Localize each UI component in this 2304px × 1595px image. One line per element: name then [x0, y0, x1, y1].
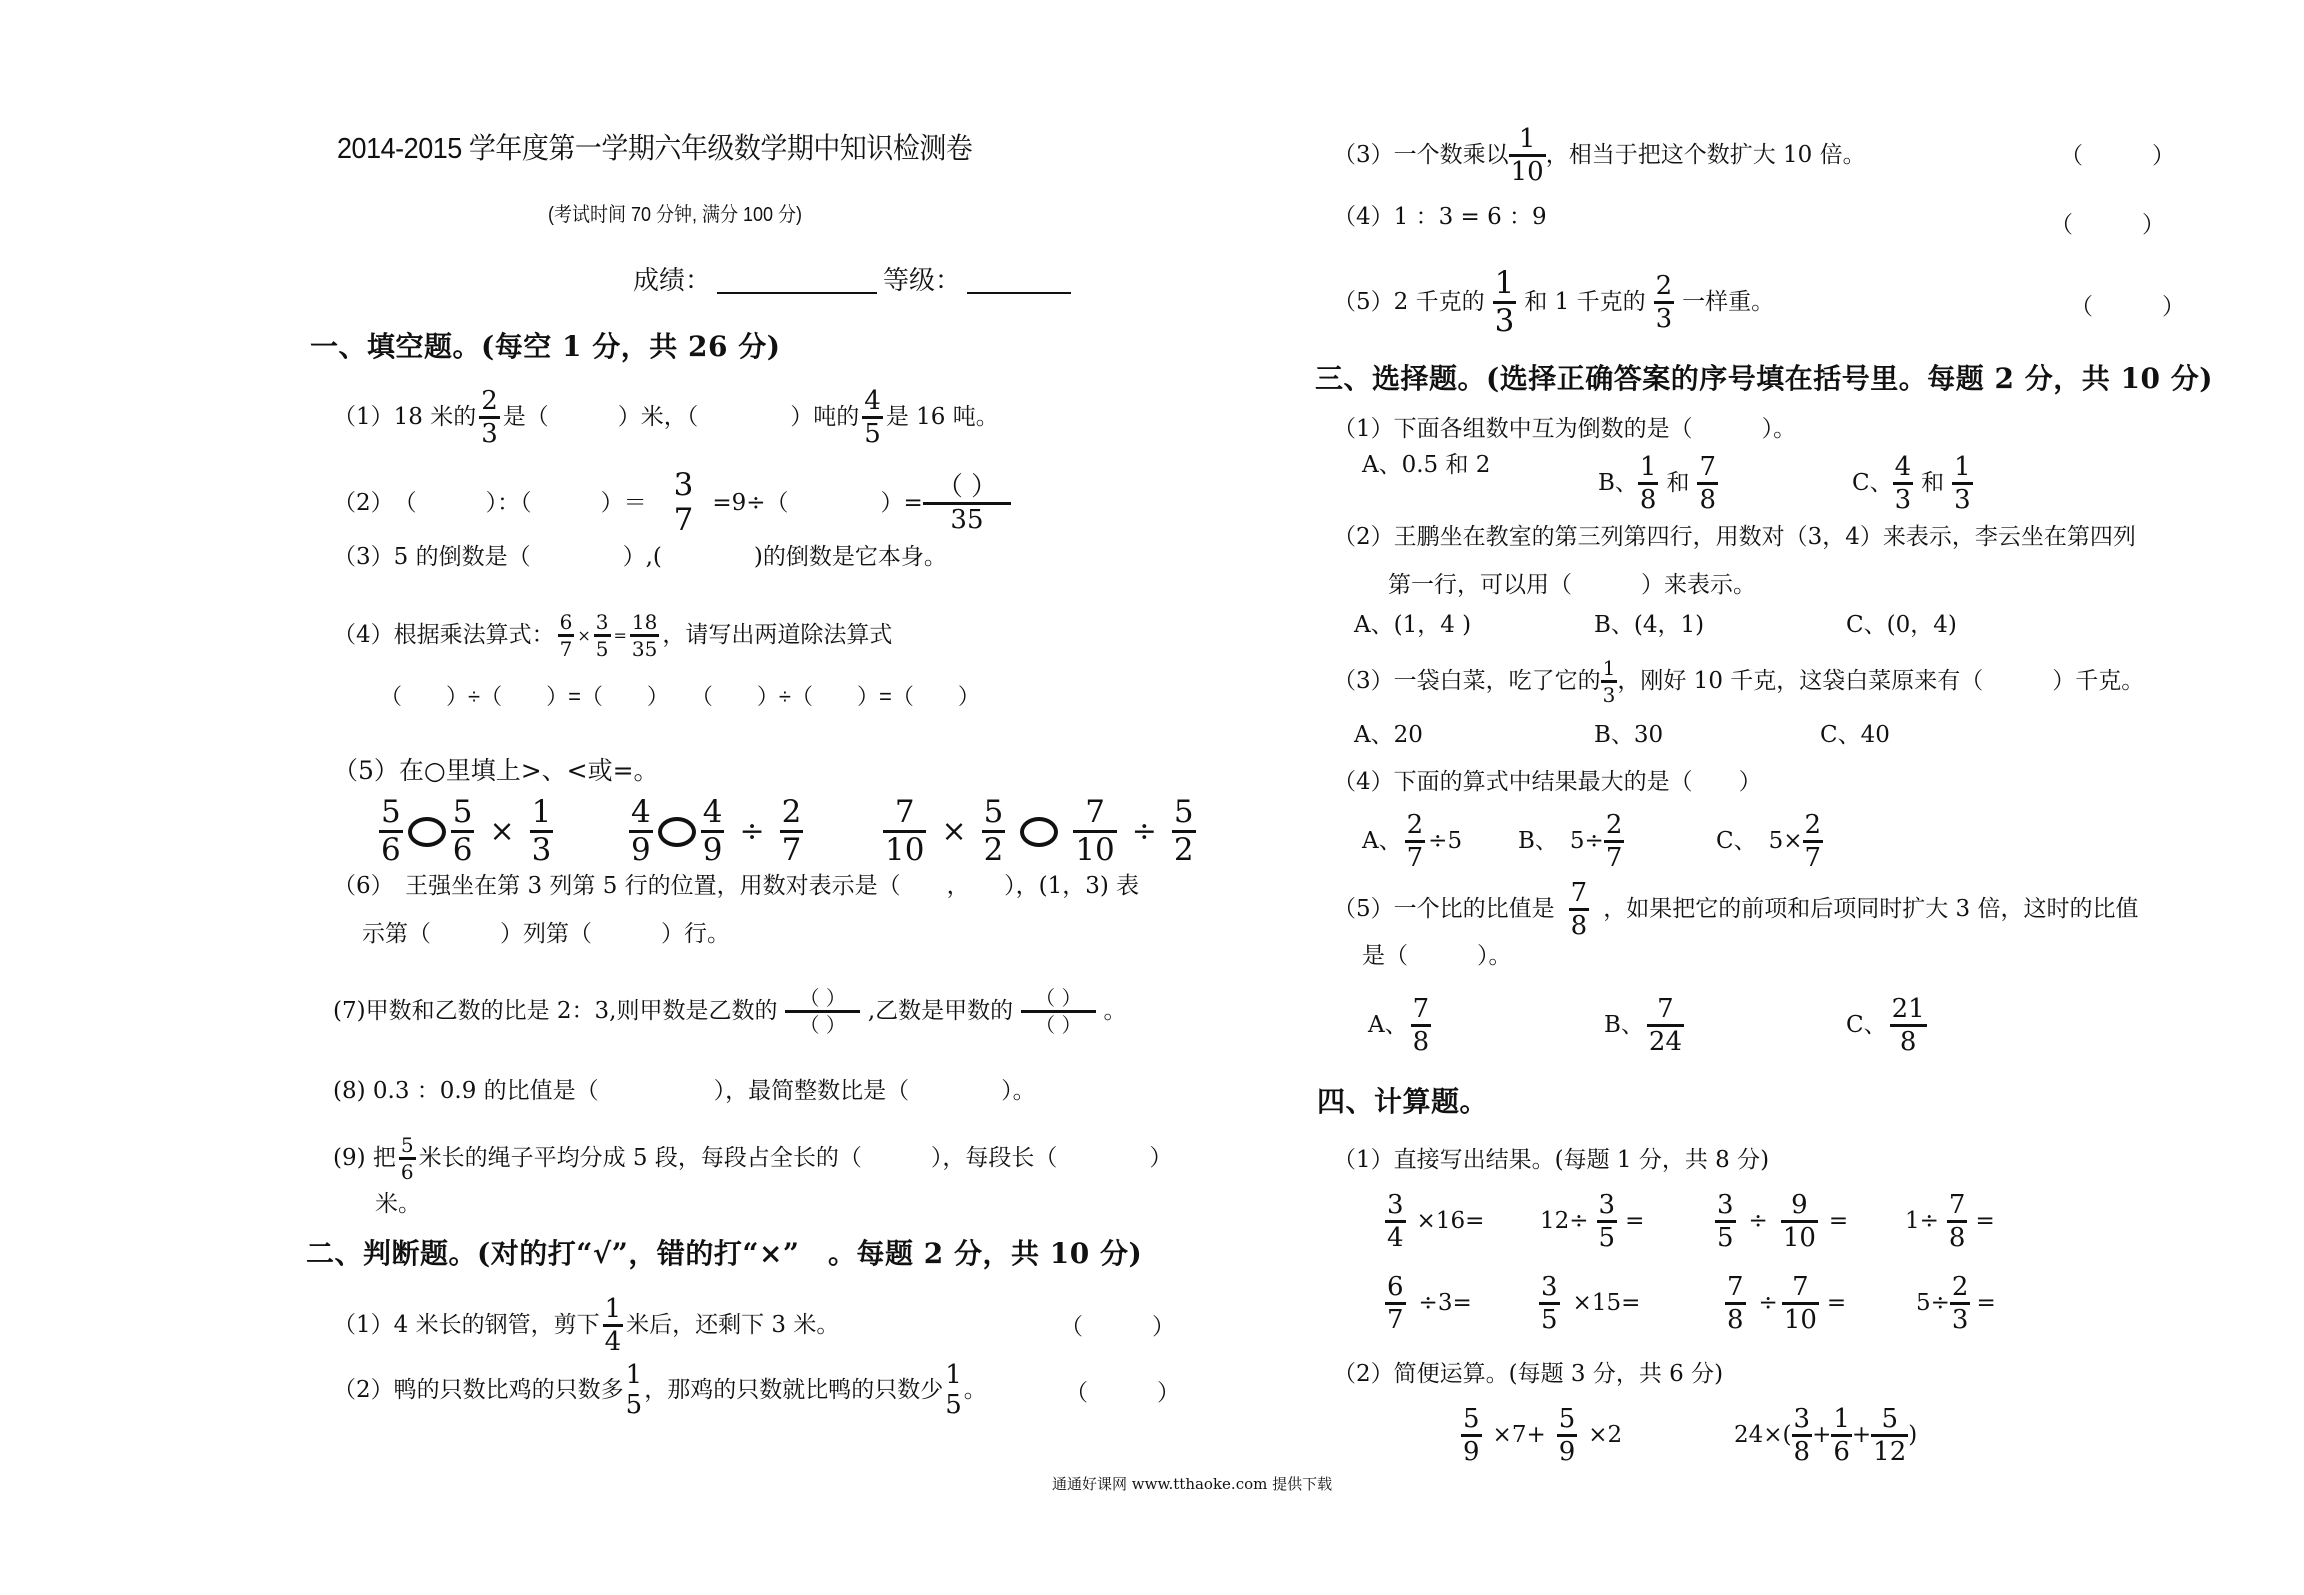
s1-q7: (7)甲数和乙数的比是 2：3,则甲数是乙数的 （ ）（ ） ,乙数是甲数的 （…: [333, 988, 1127, 1035]
score-field[interactable]: [717, 268, 877, 294]
fraction: （ ）（ ）: [785, 988, 859, 1035]
fraction: 35: [1539, 1274, 1560, 1333]
s3-q5-line2: 是（ ）。: [1362, 945, 1512, 968]
fraction: 78: [1569, 880, 1590, 939]
s3-q5: （5）一个比的比值是 78 ，如果把它的前项和后项同时扩大 3 倍，这时的比值: [1333, 880, 2138, 939]
s3-q4: （4）下面的算式中结果最大的是（ ）: [1333, 771, 1762, 794]
fraction: 218: [1890, 996, 1927, 1055]
fraction: 13: [1601, 658, 1618, 705]
s3-q2-line2: 第一行，可以用（ ）来表示。: [1388, 574, 1756, 597]
calc-item: 67 ÷3=: [1382, 1274, 1472, 1333]
fraction: （ ）35: [923, 474, 1011, 533]
s3-q3: （3）一袋白菜，吃了它的 13 ，刚好 10 千克，这袋白菜原来有（ ）千克。: [1333, 658, 2144, 705]
answer-paren[interactable]: （ ）: [2050, 206, 2165, 239]
compare-circle[interactable]: [408, 817, 446, 847]
fraction: 52: [1172, 797, 1196, 866]
answer-paren[interactable]: （ ）: [2070, 288, 2185, 321]
s3-q5-option-c[interactable]: C、 218: [1846, 996, 1930, 1055]
exam-subtitle: (考试时间 70 分钟, 满分 100 分): [548, 205, 802, 225]
fraction: 35: [1597, 1192, 1618, 1251]
fraction: 56: [451, 797, 475, 866]
section-3-heading: 三、选择题。(选择正确答案的序号填在括号里。每题 2 分，共 10 分): [1315, 365, 2213, 393]
s1-q3: （3）5 的倒数是（ ）,( )的倒数是它本身。: [333, 546, 947, 569]
fraction: 35: [1715, 1192, 1736, 1251]
fraction: 710: [1782, 1274, 1819, 1333]
fraction: 18: [1638, 454, 1659, 513]
s1-q5-compare-1: 56 56 × 13: [376, 797, 556, 866]
fraction: 59: [1557, 1406, 1578, 1465]
fraction: 43: [1893, 454, 1914, 513]
s2-q2: （2）鸭的只数比鸡的只数多 15 ，那鸡的只数就比鸭的只数少 15 。: [333, 1362, 987, 1418]
s3-q4-option-a[interactable]: A、 27 ÷5: [1362, 812, 1462, 871]
fraction: 38: [1792, 1406, 1813, 1465]
fraction: 23: [479, 388, 500, 447]
fraction: 13: [530, 797, 554, 866]
s1-q9-line2: 米。: [375, 1193, 421, 1216]
s1-q2: （2） （ ）：（ ）＝ 37 =9÷（ ）= （ ）35: [333, 470, 1014, 536]
s3-q3-option-c[interactable]: C、40: [1820, 724, 1890, 747]
fraction: 910: [1781, 1192, 1818, 1251]
s3-q1-option-b[interactable]: B、 18 和 78: [1598, 454, 1718, 513]
fraction: 56: [379, 797, 403, 866]
s2-q5: （5）2 千克的 13 和 1 千克的 23 一样重。: [1333, 268, 1774, 337]
fraction: 27: [780, 797, 804, 866]
s1-q5: （5）在○里填上>、<或=。: [333, 758, 659, 783]
s3-q4-option-b[interactable]: B、 5÷ 27: [1518, 812, 1624, 871]
footer-credit: 通通好课网 www.tthaoke.com 提供下载: [1052, 1477, 1332, 1492]
fraction: 67: [1385, 1274, 1406, 1333]
calc-item: 34 ×16=: [1382, 1192, 1484, 1251]
s1-q9: (9) 把 56 米长的绳子平均分成 5 段，每段占全长的（ ），每段长（ ）: [333, 1135, 1172, 1182]
fraction: 27: [1405, 812, 1426, 871]
s1-q5-compare-3: 710 × 52 710 ÷ 52: [880, 797, 1199, 866]
fraction: 110: [1509, 126, 1546, 185]
fraction: 23: [1950, 1274, 1971, 1333]
calc-item: 35 ×15=: [1536, 1274, 1640, 1333]
s3-q2-option-c[interactable]: C、(0，4): [1846, 614, 1957, 637]
s3-q5-option-b[interactable]: B、 724: [1604, 996, 1687, 1055]
section-2-heading: 二、判断题。(对的打“√”，错的打“×” 。每题 2 分，共 10 分): [306, 1240, 1142, 1268]
fraction: 35: [594, 612, 611, 659]
s2-q4: （4）1 ：3 = 6 ：9: [1333, 206, 1547, 229]
compare-circle[interactable]: [658, 817, 696, 847]
fraction: 52: [982, 797, 1006, 866]
s1-q5-compare-2: 49 49 ÷ 27: [626, 797, 806, 866]
fraction: 16: [1831, 1406, 1852, 1465]
section-4-heading: 四、计算题。: [1317, 1088, 1488, 1116]
fraction: 37: [672, 470, 696, 536]
answer-paren[interactable]: （ ）: [1065, 1374, 1180, 1407]
s4-p2-heading: （2）简便运算。(每题 3 分，共 6 分): [1333, 1363, 1723, 1386]
s1-q4: （4）根据乘法算式： 67 × 35 = 1835 ，请写出两道除法算式: [333, 612, 892, 659]
score-grade-line: 成绩： 等级：: [633, 268, 1077, 294]
s2-q1: （1）4 米长的钢管，剪下 14 米后，还剩下 3 米。: [333, 1296, 839, 1355]
score-label: 成绩：: [633, 268, 711, 294]
fraction: 27: [1803, 812, 1824, 871]
fraction: 49: [701, 797, 725, 866]
simplify-expr-1: 59 ×7+ 59 ×2: [1458, 1406, 1622, 1465]
fraction: 78: [1725, 1274, 1746, 1333]
section-1-heading: 一、填空题。(每空 1 分，共 26 分): [310, 333, 780, 361]
fraction: 15: [943, 1362, 964, 1418]
fraction: 49: [629, 797, 653, 866]
calc-item: 12÷ 35 =: [1540, 1192, 1644, 1251]
fraction: 45: [862, 388, 883, 447]
simplify-expr-2: 24×( 38 + 16 + 512 ): [1734, 1406, 1917, 1465]
s1-q8: (8) 0.3 ：0.9 的比值是（ ），最简整数比是（ ）。: [333, 1080, 1036, 1103]
s3-q1: （1）下面各组数中互为倒数的是（ ）。: [1333, 418, 1796, 441]
fraction: 34: [1385, 1192, 1406, 1251]
fraction: 15: [624, 1362, 645, 1418]
s1-q6-line1: （6） 王强坐在第 3 列第 5 行的位置，用数对表示是（ ， ），(1，3) …: [333, 875, 1139, 898]
grade-field[interactable]: [967, 268, 1071, 294]
exam-title: 2014-2015 学年度第一学期六年级数学期中知识检测卷: [337, 135, 972, 164]
s3-q4-option-c[interactable]: C、 5× 27: [1716, 812, 1823, 871]
fraction: 1835: [630, 612, 659, 659]
fraction: 23: [1654, 273, 1675, 332]
calc-item: 5÷ 23 =: [1916, 1274, 1996, 1333]
fraction: 13: [1493, 268, 1517, 337]
s4-p1-heading: （1）直接写出结果。(每题 1 分，共 8 分): [1333, 1149, 1769, 1172]
fraction: 13: [1952, 454, 1973, 513]
fraction: 78: [1947, 1192, 1968, 1251]
fraction: 78: [1697, 454, 1718, 513]
s1-q6-line2: 示第（ ）列第（ ）行。: [362, 923, 730, 946]
s3-q2-option-a[interactable]: A、(1，4 ): [1354, 614, 1471, 637]
fraction: 78: [1411, 996, 1432, 1055]
s3-q1-option-a[interactable]: A、0.5 和 2: [1362, 454, 1490, 477]
s2-q3: （3）一个数乘以 110 ，相当于把这个数扩大 10 倍。: [1333, 126, 1866, 185]
s1-q1: （1）18 米的 23 是（ ）米，（ ）吨的 45 是 16 吨。: [333, 388, 999, 447]
fraction: 710: [883, 797, 926, 866]
calc-item: 35 ÷ 910 =: [1712, 1192, 1848, 1251]
s3-q3-option-a[interactable]: A、20: [1354, 724, 1423, 747]
s3-q1-option-c[interactable]: C、 43 和 13: [1852, 454, 1973, 513]
fraction: 59: [1461, 1406, 1482, 1465]
fraction: 710: [1073, 797, 1116, 866]
fraction: 56: [399, 1135, 416, 1182]
s3-q2-line1: （2）王鹏坐在教室的第三列第四行，用数对（3，4）来表示，李云坐在第四列: [1333, 526, 2136, 549]
s1-q4-answer-row: （ ）÷（ ）=（ ） （ ）÷（ ）=（ ）: [380, 686, 980, 708]
grade-label: 等级：: [883, 268, 961, 294]
s3-q2-option-b[interactable]: B、(4，1): [1594, 614, 1704, 637]
s3-q5-option-a[interactable]: A、 78: [1368, 996, 1434, 1055]
fraction: 14: [603, 1296, 624, 1355]
fraction: （ ）（ ）: [1021, 988, 1095, 1035]
calc-item: 78 ÷ 710 =: [1722, 1274, 1846, 1333]
fraction: 27: [1604, 812, 1625, 871]
compare-circle[interactable]: [1020, 817, 1058, 847]
answer-paren[interactable]: （ ）: [1060, 1308, 1175, 1341]
fraction: 67: [558, 612, 575, 659]
s3-q3-option-b[interactable]: B、30: [1594, 724, 1663, 747]
answer-paren[interactable]: （ ）: [2060, 137, 2175, 170]
calc-item: 1÷ 78 =: [1905, 1192, 1995, 1251]
fraction: 724: [1647, 996, 1684, 1055]
fraction: 512: [1871, 1406, 1908, 1465]
